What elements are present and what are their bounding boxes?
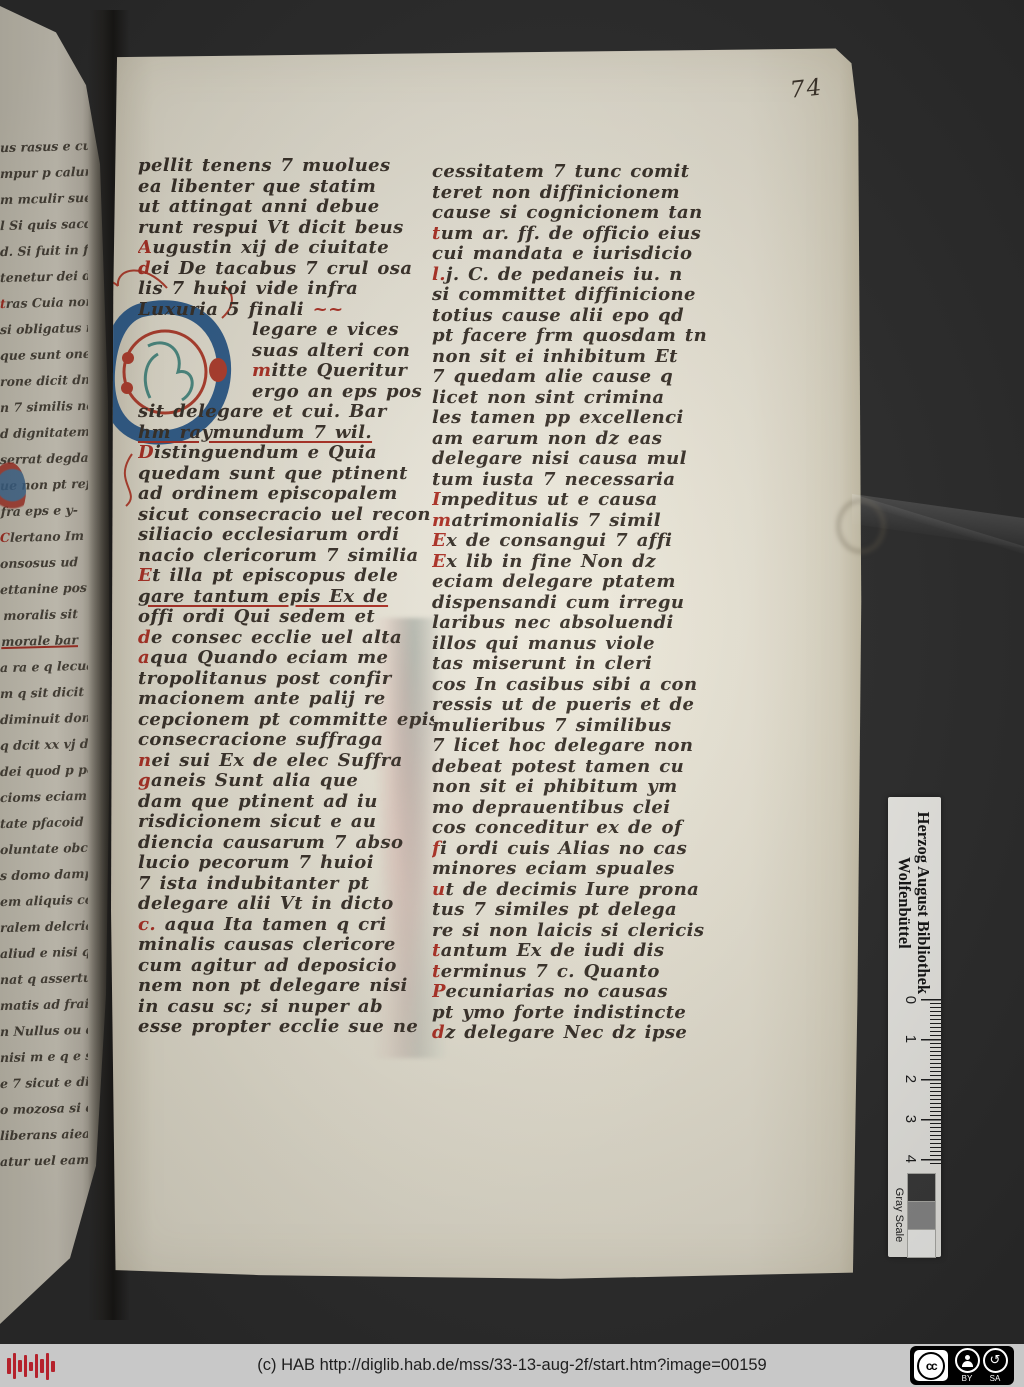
library-name-line2: Wolfenbüttel <box>896 857 915 949</box>
facing-page-text-line: si obligatus no <box>0 315 88 343</box>
caption-bar: (c) HAB http://diglib.hab.de/mss/33-13-a… <box>0 1344 1024 1387</box>
manuscript-text-line: dam que ptinent ad iu <box>138 792 434 813</box>
ruler-ticks <box>921 999 941 1167</box>
facing-page-text-line: mpur p calumpia <box>0 159 88 187</box>
facing-page-text-line: tras Cuia non ld <box>0 289 88 317</box>
manuscript-text-line: matrimonialis 7 simil <box>432 511 728 532</box>
cc-logo-icon: cc <box>914 1350 948 1381</box>
cc-by-label: BY <box>962 1374 973 1383</box>
facing-page-text-line: us rasus e cum <box>0 134 88 161</box>
digitized-manuscript-photo: us rasus e cummpur p calumpiam mculir su… <box>0 0 1024 1387</box>
facing-page-text-line: n 7 similis ncl <box>0 393 88 421</box>
manuscript-text-line: re si non laicis si clericis <box>432 921 728 942</box>
copyright-caption: (c) HAB http://diglib.hab.de/mss/33-13-a… <box>0 1344 1024 1387</box>
manuscript-text-line: cos conceditur ex de of <box>432 818 728 839</box>
manuscript-page: 74 <box>108 46 862 1280</box>
manuscript-text-line: gare tantum epis Ex de <box>138 587 434 608</box>
manuscript-text-line: mo deprauentibus clei <box>432 798 728 819</box>
manuscript-text-line: ganeis Sunt alia que <box>138 771 434 792</box>
facing-page-text-line: morale bar <box>0 627 88 655</box>
cc-by-icon: BY <box>953 1348 981 1383</box>
facing-page-text-line: matis ad frai <box>0 991 88 1019</box>
library-name: Herzog August Bibliothek Wolfenbüttel <box>896 797 934 999</box>
ruler-numbers: 01234 <box>897 999 919 1171</box>
manuscript-text-line: les tamen pp excellenci <box>432 408 728 429</box>
manuscript-text-line: suas alteri con <box>138 341 434 362</box>
manuscript-text-line: ad ordinem episcopalem <box>138 484 434 505</box>
manuscript-text-line: Ex de consangui 7 affi <box>432 531 728 552</box>
text-column-left: pellit tenens 7 muoluesea libenter que s… <box>138 156 434 1038</box>
library-name-line1: Herzog August Bibliothek <box>915 812 934 994</box>
manuscript-text-line: Luxuria 5 finali <box>138 300 434 321</box>
facing-page-text-line: q dcit xx vj de <box>0 731 88 759</box>
manuscript-text-line: ergo an eps pos <box>138 382 434 403</box>
facing-page-text-line: d. Si fuit in for <box>0 237 88 265</box>
facing-page-text-line: atur uel eam rd <box>0 1147 88 1174</box>
manuscript-text-line: consecracione suffraga <box>138 730 434 751</box>
manuscript-text-line: lis 7 huioi vide infra <box>138 279 434 300</box>
manuscript-text-line: offi ordi Qui sedem et <box>138 607 434 628</box>
manuscript-text-line: quedam sunt que ptinent <box>138 464 434 485</box>
manuscript-text-line: cos In casibus sibi a con <box>432 675 728 696</box>
manuscript-text-line: diencia causarum 7 abso <box>138 833 434 854</box>
facing-page-text-line: liberans aiea d <box>0 1121 88 1149</box>
facing-page-text-line: l Si quis sacdo <box>0 211 88 239</box>
manuscript-text-line: minalis causas clericore <box>138 935 434 956</box>
manuscript-text-line: tus 7 similes pt delega <box>432 900 728 921</box>
folio-number: 74 <box>789 74 825 103</box>
manuscript-text-line: Distinguendum e Quia <box>138 443 434 464</box>
facing-page-text-line: nat q assertus su <box>0 965 88 993</box>
manuscript-text-line: 7 quedam alie cause q <box>432 367 728 388</box>
facing-page-text-line: diminuit domi <box>0 705 88 733</box>
facing-page-text-line: em aliquis cons <box>0 887 88 915</box>
gray-scale-block: Gray Scale <box>893 1173 936 1257</box>
gray-scale-patch <box>907 1229 936 1258</box>
facing-page-text-line: d dignitatem ecl <box>0 419 88 447</box>
manuscript-text-line: debeat potest tamen cu <box>432 757 728 778</box>
manuscript-text-line: Et illa pt episcopus dele <box>138 566 434 587</box>
manuscript-text-line: in casu sc; si nuper ab <box>138 997 434 1018</box>
manuscript-text-line: aqua Quando eciam me <box>138 648 434 669</box>
facing-page-text-line: Clertano Im <box>0 523 88 551</box>
manuscript-text-line: nem non pt delegare nisi <box>138 976 434 997</box>
manuscript-text-line: 7 licet hoc delegare non <box>432 736 728 757</box>
manuscript-text-line: cui mandata e iurisdicio <box>432 244 728 265</box>
facing-page-text-line: tate pfacoid so <box>0 809 88 837</box>
manuscript-text-line: teret non diffinicionem <box>432 183 728 204</box>
manuscript-text-line: pt ymo forte indistincte <box>432 1003 728 1024</box>
manuscript-text-line: totius cause alii epo qd <box>432 306 728 327</box>
manuscript-text-line: ut de decimis Iure prona <box>432 880 728 901</box>
facing-page-text-line: ralem delcriaord <box>0 913 88 941</box>
manuscript-text-line: delegare nisi causa mul <box>432 449 728 470</box>
facing-page-text-line: s domo dampnad <box>0 861 88 889</box>
color-target-strip: Herzog August Bibliothek Wolfenbüttel 01… <box>888 797 941 1257</box>
facing-page-text-line: aliud e nisi quod <box>0 939 88 967</box>
ruler-number: 4 <box>902 1155 919 1163</box>
facing-page-text-line: o mozosa si etd <box>0 1095 88 1123</box>
facing-page-text-line: ettanine pos <box>0 575 88 603</box>
facing-page-text-line: que sunt oneros <box>0 341 88 369</box>
cc-sa-label: SA <box>990 1374 1001 1383</box>
manuscript-text-line: mulieribus 7 similibus <box>432 716 728 737</box>
manuscript-text-line: ressis ut de pueris et de <box>432 695 728 716</box>
manuscript-text-line: ut attingat anni debue <box>138 197 434 218</box>
ruler-number: 1 <box>902 1035 919 1043</box>
manuscript-text-line: sicut consecracio uel recon <box>138 505 434 526</box>
manuscript-text-line: Ex lib in fine Non dz <box>432 552 728 573</box>
ruler-number: 0 <box>902 996 919 1004</box>
manuscript-text-line: laribus nec absoluendi <box>432 613 728 634</box>
facing-page-text-line: nisi m e q e su <box>0 1043 88 1071</box>
facing-page-text-line: n Nullus ou d <box>0 1017 88 1045</box>
manuscript-text-line: c. aqua Ita tamen q cri <box>138 915 434 936</box>
facing-page-text-line: tenetur dei dcui <box>0 263 88 291</box>
manuscript-text-line: lucio pecorum 7 huioi <box>138 853 434 874</box>
facing-page-text-line: moralis sit <box>0 601 88 629</box>
manuscript-text-line: licet non sint crimina <box>432 388 728 409</box>
manuscript-text-line: fi ordi cuis Alias no cas <box>432 839 728 860</box>
manuscript-text-line: risdicionem sicut e au <box>138 812 434 833</box>
manuscript-text-line: tropolitanus post confir <box>138 669 434 690</box>
manuscript-text-line: nacio clericorum 7 similia <box>138 546 434 567</box>
cc-sa-icon: ↺ SA <box>981 1348 1009 1383</box>
facing-page-text-fragments: us rasus e cummpur p calumpiam mculir su… <box>0 134 88 1174</box>
manuscript-text-line: nei sui Ex de elec Suffra <box>138 751 434 772</box>
facing-page-text-line: cioms eciam sut <box>0 783 88 811</box>
cc-license-badge: cc BY ↺ SA <box>910 1346 1014 1385</box>
manuscript-text-line: illos qui manus viole <box>432 634 728 655</box>
manuscript-text-line: esse propter ecclie sue ne <box>138 1017 434 1038</box>
manuscript-text-line: non sit ei phibitum ym <box>432 777 728 798</box>
gray-scale-label: Gray Scale <box>893 1188 905 1242</box>
manuscript-text-line: am earum non dz eas <box>432 429 728 450</box>
facing-page-text-line: a ra e q lecua <box>0 653 88 681</box>
manuscript-text-line: cum agitur ad deposicio <box>138 956 434 977</box>
facing-page-text-line: rone dicit dns <box>0 367 88 395</box>
manuscript-text-line: Pecuniarias no causas <box>432 982 728 1003</box>
facing-page-text-line: oluntate obcem <box>0 835 88 863</box>
manuscript-text-line: macionem ante palij re <box>138 689 434 710</box>
manuscript-text-line: eciam delegare ptatem <box>432 572 728 593</box>
manuscript-text-line: ea libenter que statim <box>138 177 434 198</box>
manuscript-text-line: sit delegare et cui. Bar <box>138 402 434 423</box>
manuscript-text-line: pellit tenens 7 muolues <box>138 156 434 177</box>
ruler-number: 2 <box>902 1075 919 1083</box>
cm-ruler: 01234 <box>888 999 941 1167</box>
manuscript-text-line: 7 ista indubitanter pt <box>138 874 434 895</box>
manuscript-text-line: pt facere frm quosdam tn <box>432 326 728 347</box>
ruler-number: 3 <box>902 1115 919 1123</box>
manuscript-text-line: delegare alii Vt in dicto <box>138 894 434 915</box>
manuscript-text-line: l.j. C. de pedaneis iu. n <box>432 265 728 286</box>
manuscript-text-line: runt respui Vt dicit beus <box>138 218 434 239</box>
manuscript-text-line: tum ar. ff. de officio eius <box>432 224 728 245</box>
manuscript-text-line: Impeditus ut e causa <box>432 490 728 511</box>
manuscript-text-line: hm raymundum 7 wil. <box>138 423 434 444</box>
facing-page-text-line: m q sit dicit the <box>0 679 88 707</box>
manuscript-text-line: tas miserunt in cleri <box>432 654 728 675</box>
gray-scale-patches <box>907 1173 936 1257</box>
text-column-right: cessitatem 7 tunc comitteret non diffini… <box>432 162 728 1044</box>
manuscript-text-line: dei De tacabus 7 crul osa <box>138 259 434 280</box>
manuscript-text-line: dz delegare Nec dz ipse <box>432 1023 728 1044</box>
manuscript-text-line: cessitatem 7 tunc comit <box>432 162 728 183</box>
facing-page-text-line: e 7 sicut e dicit <box>0 1069 88 1097</box>
manuscript-text-line: siliacio ecclesiarum ordi <box>138 525 434 546</box>
manuscript-text-line: tum iusta 7 necessaria <box>432 470 728 491</box>
facing-page-text-line: m mculir sue ep <box>0 185 88 213</box>
manuscript-text-line: mitte Queritur <box>138 361 434 382</box>
manuscript-text-line: de consec ecclie uel alta <box>138 628 434 649</box>
gray-scale-patch <box>907 1173 936 1202</box>
gray-scale-patch <box>907 1201 936 1230</box>
manuscript-text-line: dispensandi cum irregu <box>432 593 728 614</box>
manuscript-text-line: Augustin xij de ciuitate <box>138 238 434 259</box>
manuscript-text-line: terminus 7 c. Quanto <box>432 962 728 983</box>
manuscript-text-line: si committet diffinicione <box>432 285 728 306</box>
manuscript-text-line: non sit ei inhibitum Et <box>432 347 728 368</box>
manuscript-text-line: minores eciam spuales <box>432 859 728 880</box>
manuscript-text-line: cause si cognicionem tan <box>432 203 728 224</box>
facing-page-text-line: onsosus ud <box>0 549 88 577</box>
manuscript-text-line: tantum Ex de iudi dis <box>432 941 728 962</box>
manuscript-text-line: cepcionem pt committe epis <box>138 710 434 731</box>
facing-page-text-line: dei quod p pctia <box>0 757 88 785</box>
manuscript-text-line: legare e vices <box>138 320 434 341</box>
